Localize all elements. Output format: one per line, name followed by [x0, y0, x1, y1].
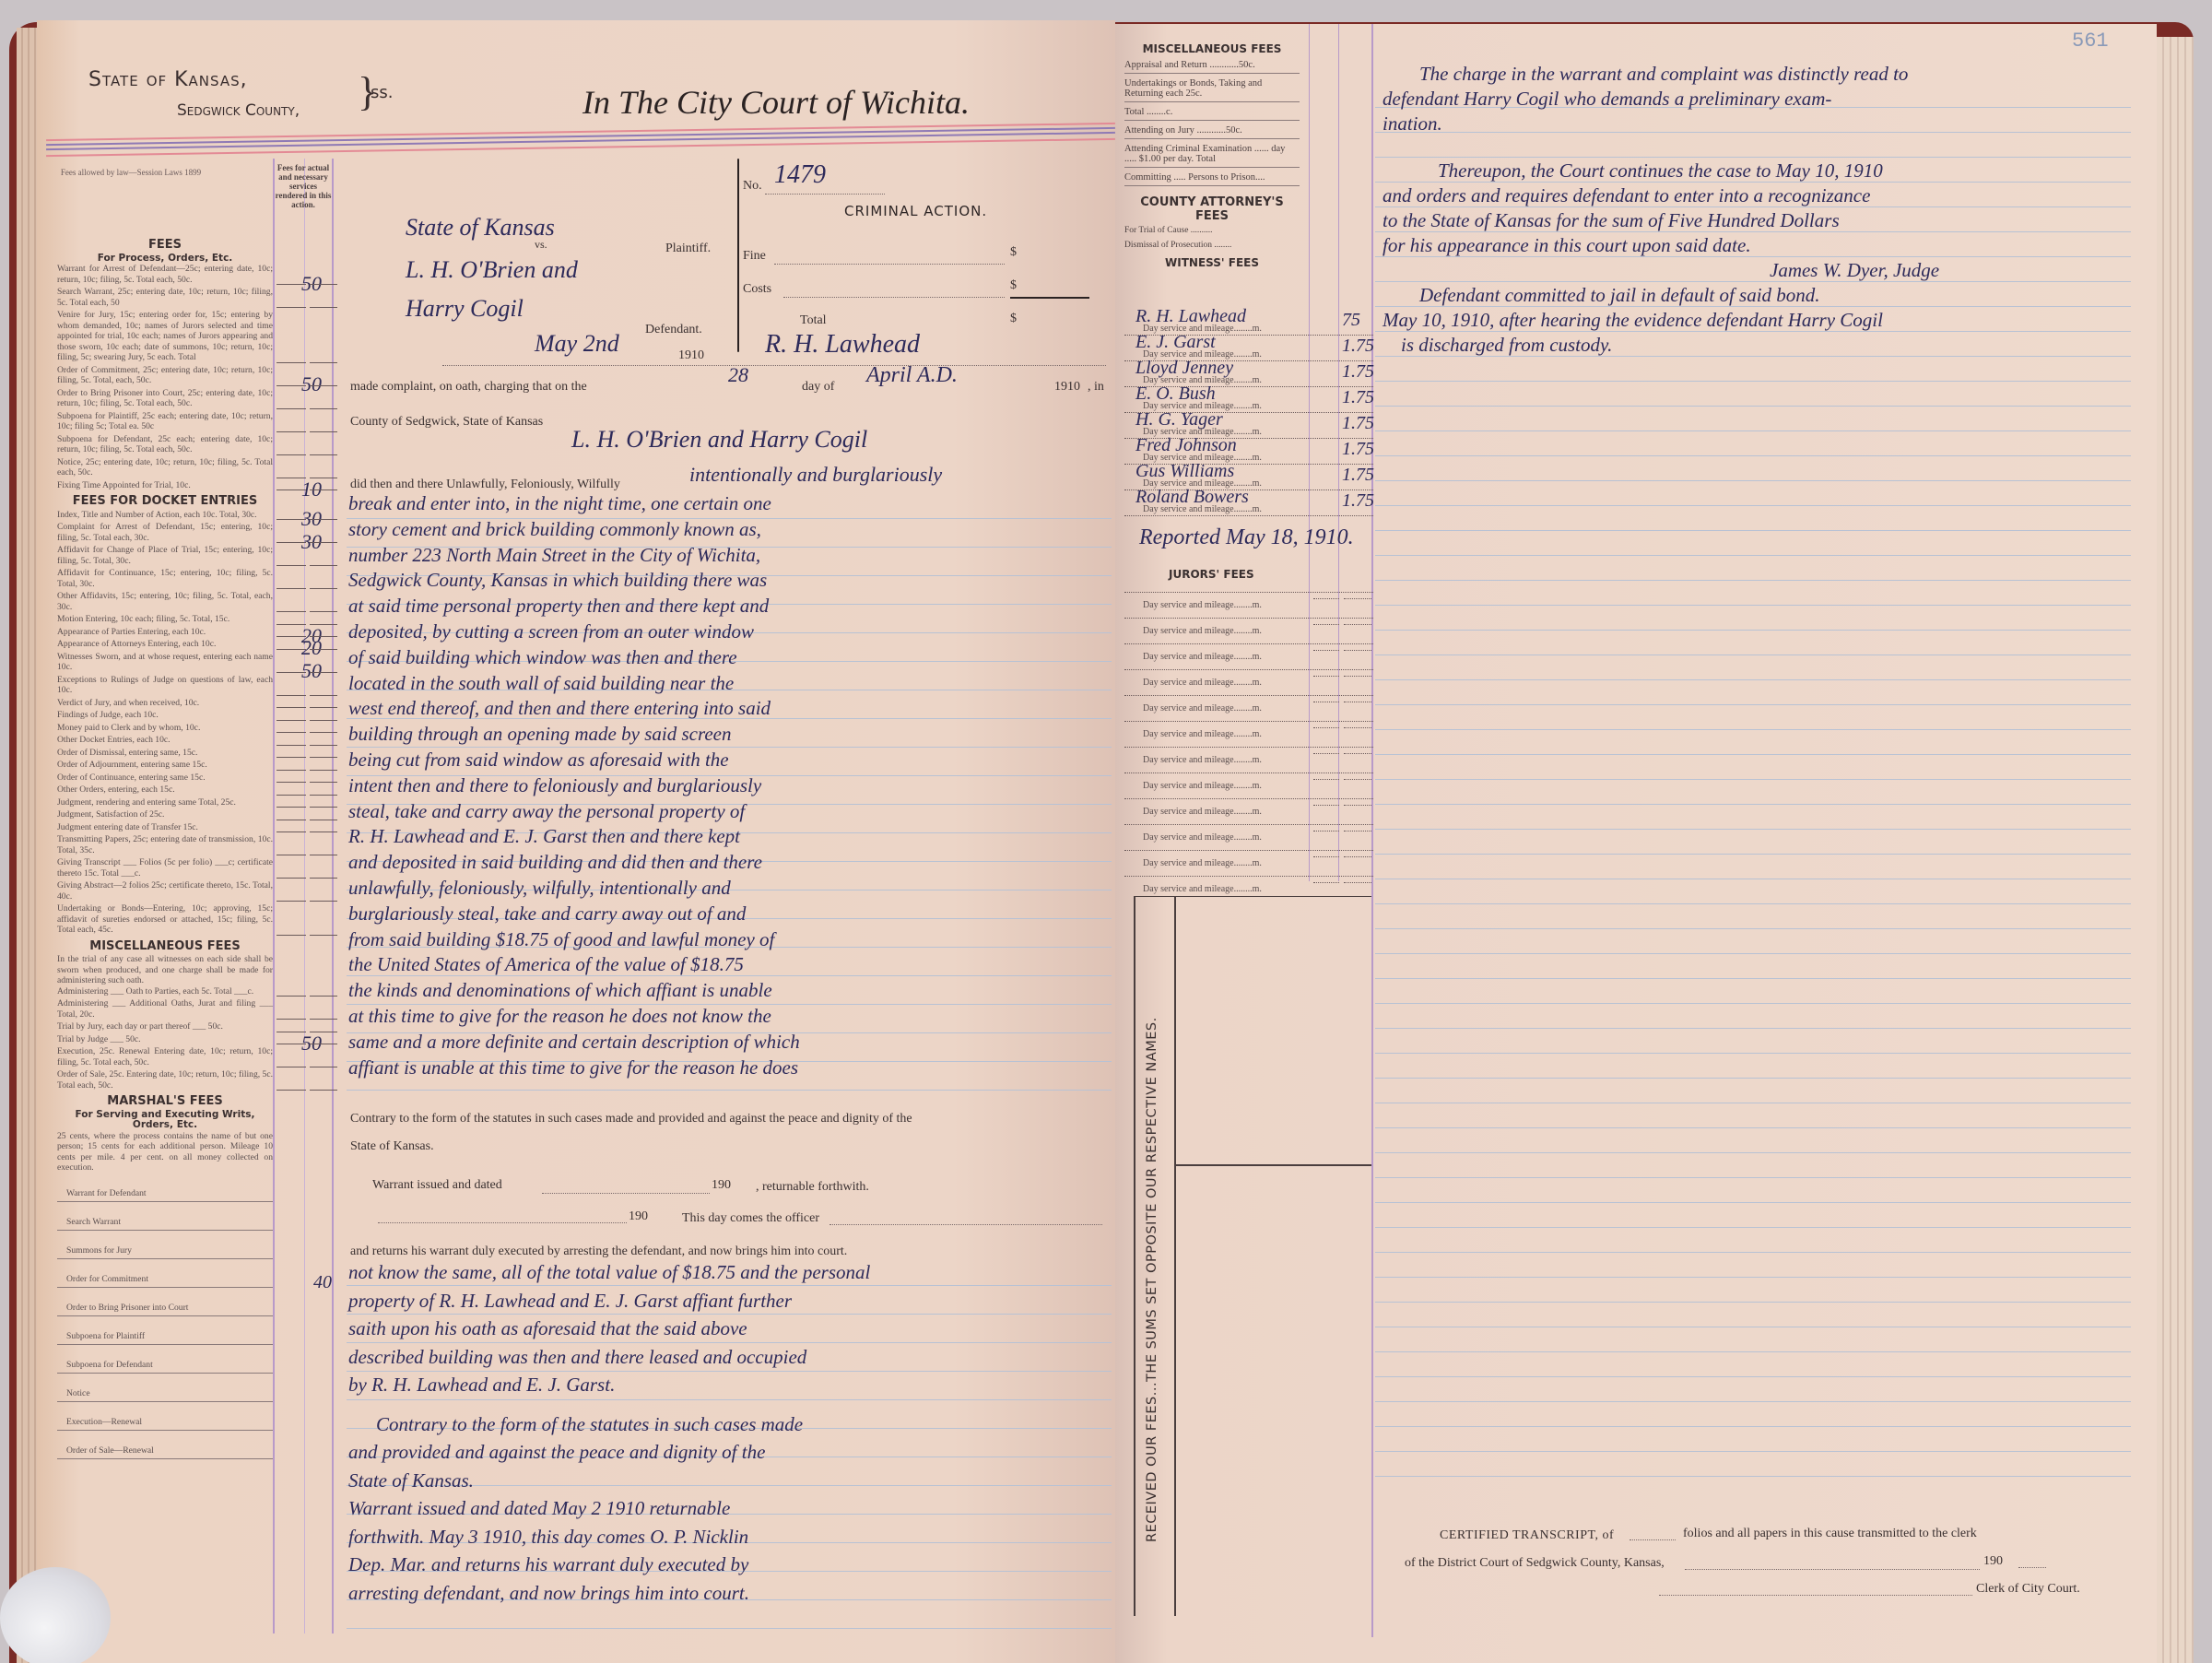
docket-fee-row: Judgment, Satisfaction of 25c.: [57, 809, 273, 820]
misc-fee-text: Administering ___ Oath to Parties, each …: [57, 986, 273, 997]
ruled-line: [1375, 605, 2131, 606]
docket-fee-row: Giving Abstract—2 folios 25c; certificat…: [57, 880, 273, 902]
marshal-subheading: For Serving and Executing Writs, Orders,…: [57, 1110, 273, 1131]
narrative-line: from said building $18.75 of good and la…: [348, 928, 1113, 954]
narrative-line: deposited, by cutting a screen from an o…: [348, 620, 1113, 646]
misc-fee-text: Order of Sale, 25c. Entering date, 10c; …: [57, 1069, 273, 1091]
process-fee-text: Notice, 25c; entering date, 10c; return,…: [57, 457, 273, 478]
process-fee-row: Warrant for Arrest of Defendant—25c; ent…: [57, 264, 273, 285]
narrative-line: the United States of America of the valu…: [348, 953, 1113, 979]
juror-day-label: Day service and mileage........m.: [1143, 600, 1262, 610]
fee-amount-line: [276, 807, 306, 808]
fee-amount-line: [276, 431, 306, 432]
fee-amount-line: [276, 408, 306, 409]
narrative-line: of said building which window was then a…: [348, 646, 1113, 672]
costs-label: Costs: [743, 282, 771, 297]
fee-amount-line: [276, 454, 306, 455]
marshal-fee-text: Subpoena for Defendant: [66, 1360, 153, 1371]
total-label: Total: [800, 313, 827, 328]
ruled-line: [1375, 1252, 2131, 1253]
fee-amount-line-2: [310, 611, 337, 612]
complaint-year-2: 1910: [1054, 380, 1080, 395]
docket-fee-row: Motion Entering, 10c each; filing, 5c. T…: [57, 614, 273, 625]
narrative-line: break and enter into, in the night time,…: [348, 492, 1113, 518]
continuation-line: and provided and against the peace and d…: [348, 1441, 1113, 1469]
ruled-line: [1375, 829, 2131, 830]
officer-text: This day comes the officer: [682, 1211, 819, 1226]
fee-amount-line: [276, 307, 306, 308]
docket-fee-text: Index, Title and Number of Action, each …: [57, 510, 273, 521]
narrative-line: R. H. Lawhead and E. J. Garst then and t…: [348, 825, 1113, 851]
ruled-line: [1375, 879, 2131, 879]
county-attorney-heading: COUNTY ATTORNEY'S FEES: [1124, 195, 1300, 223]
officer-date-line: [378, 1222, 627, 1223]
docket-fee-text: Affidavit for Change of Place of Trial, …: [57, 545, 273, 566]
misc-fee-row: Execution, 25c. Renewal Entering date, 1…: [57, 1046, 273, 1067]
narrative-line: at said time personal property then and …: [348, 595, 1113, 620]
process-fee-text: Search Warrant, 25c; entering date, 10c;…: [57, 287, 273, 308]
ruled-line: [1375, 754, 2131, 755]
juror-amount-line: [1313, 650, 1339, 651]
hand-thumb: [0, 1567, 111, 1663]
juror-amount-line-2: [1344, 624, 1371, 625]
accused-names: L. H. O'Brien and Harry Cogil: [571, 426, 867, 454]
marshal-fee-row: Execution—Renewal: [57, 1406, 273, 1431]
complaint-narrative: break and enter into, in the night time,…: [348, 492, 1113, 1081]
docket-fee-text: Findings of Judge, each 10c.: [57, 710, 273, 721]
ruled-line: [1375, 655, 2131, 655]
fee-amount-line: [276, 611, 306, 612]
fee-amount-line-2: [310, 565, 337, 566]
ruled-line: [1375, 1127, 2131, 1128]
docket-fee-row: Other Affidavits, 15c; entering, 10c; fi…: [57, 591, 273, 612]
narrative-line: the kinds and denominations of which aff…: [348, 979, 1113, 1005]
process-fee-row: Order of Commitment, 25c; entering date,…: [57, 365, 273, 386]
juror-amount-line-2: [1344, 779, 1371, 780]
docket-fee-text: Verdict of Jury, and when received, 10c.: [57, 698, 273, 709]
process-fee-row: Venire for Jury, 15c; entering order for…: [57, 310, 273, 363]
fee-amount-line: [276, 588, 306, 589]
docket-fee-row: Giving Transcript ___ Folios (5c per fol…: [57, 857, 273, 879]
ruled-line: [1375, 1003, 2131, 1004]
juror-amount-line-2: [1344, 702, 1371, 702]
juror-amount-line: [1313, 753, 1339, 754]
fee-amount-line-2: [310, 1090, 337, 1091]
misc-intro: In the trial of any case all witnesses o…: [57, 954, 273, 986]
fee-amount-line-2: [310, 1067, 337, 1067]
docket-fee-text: Appearance of Parties Entering, each 10c…: [57, 627, 273, 638]
fee-amount-line-2: [310, 770, 337, 771]
district-court-text: of the District Court of Sedgwick County…: [1405, 1556, 1665, 1571]
warrant-issued-text: Warrant issued and dated: [372, 1178, 502, 1193]
vs-label: vs.: [535, 238, 547, 252]
ruled-line: [1375, 1401, 2131, 1402]
reported-note: Reported May 18, 1910.: [1139, 525, 1354, 550]
misc-fee-item: Attending Criminal Examination ...... da…: [1124, 139, 1300, 168]
ruled-line: [1375, 1177, 2131, 1178]
narrative-line: and deposited in said building and did t…: [348, 851, 1113, 877]
fee-amount-line: [276, 385, 306, 386]
journal-line: for his appearance in this court upon sa…: [1382, 234, 2120, 259]
juror-amount-line-2: [1344, 676, 1371, 677]
narrative-line: intent then and there to feloniously and…: [348, 774, 1113, 800]
ruled-line: [1375, 978, 2131, 979]
juror-row: Day service and mileage........m.: [1124, 643, 1373, 669]
process-fee-row: Subpoena for Defendant, 25c each; enteri…: [57, 434, 273, 455]
fee-amount-line: [276, 720, 306, 721]
fee-amount-line-2: [310, 649, 337, 650]
juror-day-label: Day service and mileage........m.: [1143, 858, 1262, 868]
docket-fee-text: Other Docket Entries, each 10c.: [57, 735, 273, 746]
narrative-line: being cut from said window as aforesaid …: [348, 749, 1113, 774]
journal-entries: The charge in the warrant and complaint …: [1382, 63, 2120, 359]
juror-amount-line: [1313, 676, 1339, 677]
marshal-fee-amount: 40: [313, 1278, 332, 1289]
ruled-line: [1375, 480, 2131, 481]
left-page: State of Kansas, Sedgwick County, } ss. …: [37, 20, 1115, 1663]
witness-row: Roland BowersDay service and mileage....…: [1124, 490, 1373, 516]
fee-amount-line-2: [310, 901, 337, 902]
fee-amount-line: [276, 672, 306, 673]
docket-fee-row: Exceptions to Rulings of Judge on questi…: [57, 675, 273, 696]
fee-amount-line: [276, 1090, 306, 1091]
case-bracket: [737, 159, 739, 352]
fee-amount-line-2: [310, 878, 337, 879]
juror-day-label: Day service and mileage........m.: [1143, 884, 1262, 894]
fee-amount-line-2: [310, 795, 337, 796]
case-number: 1479: [774, 160, 826, 190]
fee-column-rule-3: [332, 159, 334, 1634]
misc-fee-row: Administering ___ Additional Oaths, Jura…: [57, 998, 273, 1020]
ruled-line: [1375, 381, 2131, 382]
ruled-line: [1375, 630, 2131, 631]
witness-amount: 1.75: [1342, 387, 1374, 408]
case-no-line: [765, 194, 885, 195]
ruled-line: [1375, 1202, 2131, 1203]
fee-amount-line: [276, 489, 306, 490]
returns-text: and returns his warrant duly executed by…: [350, 1244, 847, 1259]
fee-amount-line: [276, 770, 306, 771]
docket-heading: FEES FOR DOCKET ENTRIES: [57, 496, 273, 507]
fine-currency: $: [1010, 245, 1017, 260]
docket-fee-text: Money paid to Clerk and by whom, 10c.: [57, 723, 273, 734]
juror-amount-line: [1313, 702, 1339, 702]
ruled-line: [1375, 1028, 2131, 1029]
marshal-fee-row: Notice: [57, 1377, 273, 1402]
fee-amount-line: [276, 284, 306, 285]
marshal-fee-text: Search Warrant: [66, 1217, 121, 1228]
docket-fee-row: Complaint for Arrest of Defendant, 15c; …: [57, 522, 273, 543]
juror-day-label: Day service and mileage........m.: [1143, 703, 1262, 714]
marshal-fee-list: Warrant for DefendantSearch WarrantSummo…: [57, 1177, 273, 1459]
complainant-name: R. H. Lawhead: [765, 330, 920, 360]
fee-amount-line: [276, 519, 306, 520]
fee-amount-line: [276, 707, 306, 708]
ruled-line: [1375, 854, 2131, 855]
narrative-line: story cement and brick building commonly…: [348, 518, 1113, 544]
juror-amount-line-2: [1344, 831, 1371, 831]
juror-amount-line-2: [1344, 882, 1371, 883]
journal-line: defendant Harry Cogil who demands a prel…: [1382, 88, 2120, 112]
county-text: County of Sedgwick, State of Kansas: [350, 415, 543, 430]
right-page: 561 MISCELLANEOUS FEES Appraisal and Ret…: [1115, 24, 2157, 1663]
docket-fee-text: Giving Transcript ___ Folios (5c per fol…: [57, 857, 273, 879]
receipt-box: RECEIVED OUR FEES...THE SUMS SET OPPOSIT…: [1134, 896, 1371, 1616]
misc-fees-heading: MISCELLANEOUS FEES: [57, 941, 273, 952]
docket-fee-row: Appearance of Attorneys Entering, each 1…: [57, 639, 273, 650]
process-fee-list: Warrant for Arrest of Defendant—25c; ent…: [57, 264, 273, 490]
ruled-line: [1375, 1476, 2131, 1477]
did-then-hand: intentionally and burglariously: [689, 463, 942, 487]
juror-amount-line: [1313, 856, 1339, 857]
ruled-line: [1375, 1078, 2131, 1079]
county-attorney-item: For Trial of Cause ..........: [1124, 223, 1300, 238]
jurors-fees-heading: JURORS' FEES: [1169, 568, 1254, 581]
in-label: , in: [1088, 380, 1104, 395]
ruled-line: [1375, 530, 2131, 531]
misc-fee-item: Committing ..... Persons to Prison....: [1124, 168, 1300, 186]
fee-amount-line-2: [310, 820, 337, 820]
plaintiff-label: Plaintiff.: [665, 242, 711, 256]
continuation-narrative: not know the same, all of the total valu…: [348, 1261, 1113, 1610]
docket-fee-row: Other Docket Entries, each 10c.: [57, 735, 273, 746]
fee-amount-line: [276, 935, 306, 936]
fine-label: Fine: [743, 249, 766, 264]
fee-amount-line: [276, 795, 306, 796]
case-no-label: No.: [743, 179, 762, 194]
fee-amount-line-2: [310, 362, 337, 363]
narrative-line: burglariously steal, take and carry away…: [348, 902, 1113, 928]
ruled-line: [1375, 729, 2131, 730]
continuation-line: State of Kansas.: [348, 1469, 1113, 1498]
marshal-fee-text: Summons for Jury: [66, 1245, 132, 1256]
process-fee-row: Search Warrant, 25c; entering date, 10c;…: [57, 287, 273, 308]
officer-190: 190: [629, 1209, 648, 1224]
docket-fee-row: Money paid to Clerk and by whom, 10c.: [57, 723, 273, 734]
district-date-line: [1685, 1569, 1980, 1570]
fee-amount-line-2: [310, 1019, 337, 1020]
misc-fee-text: Execution, 25c. Renewal Entering date, 1…: [57, 1046, 273, 1067]
officer-name-line: [829, 1224, 1102, 1225]
juror-row: Day service and mileage........m.: [1124, 773, 1373, 798]
narrative-line: west end thereof, and then and there ent…: [348, 697, 1113, 723]
journal-line: to the State of Kansas for the sum of Fi…: [1382, 209, 2120, 234]
juror-row: Day service and mileage........m.: [1124, 747, 1373, 773]
fee-amount-line: [276, 1044, 306, 1044]
ruled-line: [1375, 1277, 2131, 1278]
juror-row: Day service and mileage........m.: [1124, 669, 1373, 695]
narrative-line: number 223 North Main Street in the City…: [348, 544, 1113, 570]
complaint-year: 1910: [678, 348, 704, 363]
marshal-fee-text: Notice: [66, 1388, 90, 1399]
fee-amount-line: [276, 996, 306, 997]
juror-list: Day service and mileage........m.Day ser…: [1124, 592, 1373, 902]
juror-amount-line: [1313, 831, 1339, 831]
clerk-label: Clerk of City Court.: [1976, 1582, 2080, 1597]
juror-day-label: Day service and mileage........m.: [1143, 652, 1262, 662]
ruled-line: [1375, 928, 2131, 929]
fee-amount-line: [276, 757, 306, 758]
juror-day-label: Day service and mileage........m.: [1143, 755, 1262, 765]
ruled-line: [347, 1090, 1112, 1091]
district-190: 190: [1983, 1554, 2003, 1569]
juror-day-label: Day service and mileage........m.: [1143, 832, 1262, 843]
fee-amount-line: [276, 901, 306, 902]
juror-amount-line: [1313, 727, 1339, 728]
plaintiff-name: State of Kansas: [406, 214, 555, 242]
ruled-line: [1375, 1351, 2131, 1352]
costs-line: [783, 297, 1005, 298]
continuation-line: Warrant issued and dated May 2 1910 retu…: [348, 1497, 1113, 1526]
fee-amount-line-2: [310, 745, 337, 746]
marshal-fee-text: Subpoena for Plaintiff: [66, 1331, 145, 1342]
received-fees-text: RECEIVED OUR FEES...THE SUMS SET OPPOSIT…: [1145, 1017, 1159, 1542]
warrant-date-line: [542, 1193, 710, 1194]
contrary-text: Contrary to the form of the statutes in …: [350, 1112, 912, 1126]
clerk-line: [1659, 1595, 1972, 1596]
fee-amount-line-2: [310, 720, 337, 721]
docket-fee-text: Order of Adjournment, entering same 15c.: [57, 760, 273, 771]
misc-fee-row: Administering ___ Oath to Parties, each …: [57, 986, 273, 997]
county-attorney-item: Dismissal of Prosecution ........: [1124, 238, 1300, 253]
fine-line: [774, 264, 1005, 265]
docket-fee-text: Judgment, Satisfaction of 25c.: [57, 809, 273, 820]
complaint-date-line: [442, 365, 1106, 366]
docket-fee-text: Affidavit for Continuance, 15c; entering…: [57, 568, 273, 589]
ruled-line: [1375, 1302, 2131, 1303]
process-fee-row: Subpoena for Plaintiff, 25c each; enteri…: [57, 411, 273, 432]
day-of-label: day of: [802, 380, 834, 395]
witness-amount: 1.75: [1342, 361, 1374, 383]
process-fee-text: Venire for Jury, 15c; entering order for…: [57, 310, 273, 363]
docket-fee-text: Judgment entering date of Transfer 15c.: [57, 822, 273, 833]
witness-amount: 1.75: [1342, 439, 1374, 460]
ruled-line: [1375, 1053, 2131, 1054]
continuation-line: Dep. Mar. and returns his warrant duly e…: [348, 1553, 1113, 1582]
juror-amount-line: [1313, 805, 1339, 806]
juror-amount-line-2: [1344, 598, 1371, 599]
fee-amount-line-2: [310, 385, 337, 386]
docket-fee-text: Undertaking or Bonds—Entering, 10c; appr…: [57, 903, 273, 936]
juror-day-label: Day service and mileage........m.: [1143, 678, 1262, 688]
fee-schedule: FEES For Process, Orders, Etc. Warrant f…: [57, 234, 273, 1459]
fees-allowed-label: Fees allowed by law—Session Laws 1899: [57, 168, 205, 177]
journal-line: and orders and requires defendant to ent…: [1382, 184, 2120, 209]
juror-amount-line-2: [1344, 650, 1371, 651]
misc-fee-item: Undertakings or Bonds, Taking and Return…: [1124, 74, 1300, 102]
witness-fees-heading: WITNESS' FEES: [1124, 256, 1300, 269]
journal-line: The charge in the warrant and complaint …: [1382, 63, 2120, 88]
docket-fee-text: Exceptions to Rulings of Judge on questi…: [57, 675, 273, 696]
costs-underline: [1010, 297, 1089, 299]
fee-amount-line: [276, 649, 306, 650]
process-fee-text: Warrant for Arrest of Defendant—25c; ent…: [57, 264, 273, 285]
juror-amount-line-2: [1344, 805, 1371, 806]
continuation-line: Contrary to the form of the statutes in …: [348, 1413, 1113, 1442]
fee-amount-line-2: [310, 542, 337, 543]
marshal-fee-text: Execution—Renewal: [66, 1417, 142, 1428]
process-fee-text: Fixing Time Appointed for Trial, 10c.: [57, 480, 273, 491]
ruled-line: [1375, 1451, 2131, 1452]
ruled-line: [1375, 679, 2131, 680]
narrative-line: same and a more definite and certain des…: [348, 1031, 1113, 1056]
journal-line: May 10, 1910, after hearing the evidence…: [1382, 309, 2120, 334]
defendant-label: Defendant.: [645, 323, 702, 337]
docket-fee-row: Order of Dismissal, entering same, 15c.: [57, 748, 273, 759]
ruled-line: [1375, 953, 2131, 954]
misc-fee-text: Administering ___ Additional Oaths, Jura…: [57, 998, 273, 1020]
narrative-line: affiant is unable at this time to give f…: [348, 1056, 1113, 1082]
fee-amount-line: [276, 695, 306, 696]
juror-amount-line: [1313, 882, 1339, 883]
continuation-line: saith upon his oath as aforesaid that th…: [348, 1317, 1113, 1346]
marshal-fee-row: Subpoena for Plaintiff: [57, 1320, 273, 1345]
continuation-line: by R. H. Lawhead and E. J. Garst.: [348, 1374, 1113, 1402]
process-fee-text: Subpoena for Plaintiff, 25c each; enteri…: [57, 411, 273, 432]
process-fee-row: Order to Bring Prisoner into Court, 25c;…: [57, 388, 273, 409]
process-subheading: For Process, Orders, Etc.: [57, 254, 273, 265]
ruled-line: [1375, 903, 2131, 904]
fee-amount-line: [276, 855, 306, 855]
docket-fee-row: Index, Title and Number of Action, each …: [57, 510, 273, 521]
header-rule-red: [46, 123, 1115, 141]
juror-amount-line: [1313, 598, 1339, 599]
docket-fee-text: Transmitting Papers, 25c; entering date …: [57, 834, 273, 855]
returnable-text: , returnable forthwith.: [756, 1180, 869, 1195]
fee-amount-line: [276, 1067, 306, 1067]
narrative-line: at this time to give for the reason he d…: [348, 1005, 1113, 1031]
misc-fee-list: Administering ___ Oath to Parties, each …: [57, 986, 273, 1091]
juror-row: Day service and mileage........m.: [1124, 695, 1373, 721]
misc-fee-item: Attending on Jury ............50c.: [1124, 121, 1300, 139]
page-number: 561: [2072, 29, 2109, 53]
ruled-line: [1375, 555, 2131, 556]
defendant-name-2: Harry Cogil: [406, 295, 524, 323]
docket-fee-list: Index, Title and Number of Action, each …: [57, 510, 273, 936]
fee-amount-line: [276, 745, 306, 746]
juror-day-label: Day service and mileage........m.: [1143, 729, 1262, 739]
docket-fee-text: Judgment, rendering and entering same To…: [57, 797, 273, 808]
docket-fee-row: Transmitting Papers, 25c; entering date …: [57, 834, 273, 855]
narrative-line: building through an opening made by said…: [348, 723, 1113, 749]
narrative-line: located in the south wall of said buildi…: [348, 672, 1113, 698]
juror-amount-line-2: [1344, 753, 1371, 754]
juror-day-label: Day service and mileage........m.: [1143, 807, 1262, 817]
fee-amount-line-2: [310, 672, 337, 673]
fee-amount-line-2: [310, 757, 337, 758]
juror-amount-line-2: [1344, 727, 1371, 728]
docket-fee-text: Other Orders, entering, each 15c.: [57, 784, 273, 796]
marshal-heading: MARSHAL'S FEES: [57, 1096, 273, 1107]
ruled-line: [1375, 1227, 2131, 1228]
ruled-line: [1375, 406, 2131, 407]
fee-amount-line-2: [310, 855, 337, 855]
misc-fee-item: Appraisal and Return ............50c.: [1124, 55, 1300, 74]
marshal-fee-text: Warrant for Defendant: [66, 1188, 147, 1199]
fee-amount-line: [276, 831, 306, 832]
witness-amount: 75: [1342, 310, 1360, 331]
marshal-fee-row: Order for Commitment40: [57, 1263, 273, 1288]
journal-line: James W. Dyer, Judge: [1382, 259, 2120, 284]
docket-fee-text: Giving Abstract—2 folios 25c; certificat…: [57, 880, 273, 902]
continuation-line: described building was then and there le…: [348, 1346, 1113, 1374]
juror-row: Day service and mileage........m.: [1124, 618, 1373, 643]
fee-amount-line: [276, 820, 306, 820]
juror-amount-line-2: [1344, 856, 1371, 857]
fee-amount-line-2: [310, 831, 337, 832]
receipt-box-rule: [1174, 897, 1176, 1616]
marshal-fee-text: Order of Sale—Renewal: [66, 1445, 154, 1457]
